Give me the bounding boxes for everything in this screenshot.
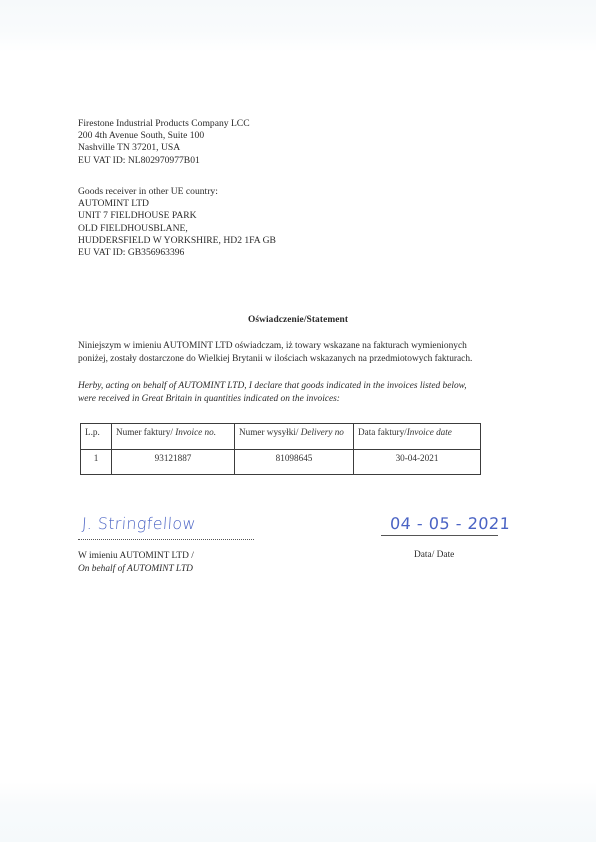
signature-caption-en: On behalf of AUTOMINT LTD <box>78 563 194 576</box>
handwritten-date: 04 - 05 - 2021 <box>390 514 511 533</box>
statement-english-line: were received in Great Britain in quanti… <box>78 393 528 406</box>
header-delivery-no-en: Delivery no <box>301 427 344 437</box>
date-caption: Data/ Date <box>414 550 454 560</box>
header-delivery-no-pl: Numer wysyłki/ <box>239 427 301 437</box>
header-lp-label: L.p. <box>85 427 100 437</box>
receiver-unit: UNIT 7 FIELDHOUSE PARK <box>78 210 276 222</box>
statement-polish-line: Niniejszym w imieniu AUTOMINT LTD oświad… <box>78 340 528 353</box>
signature-caption: W imieniu AUTOMINT LTD / On behalf of AU… <box>78 550 194 576</box>
sender-city: Nashville TN 37201, USA <box>78 142 250 154</box>
header-invoice-no: Numer faktury/ Invoice no. <box>112 424 235 450</box>
header-invoice-no-pl: Numer faktury/ <box>116 427 175 437</box>
header-invoice-date-pl: Data faktury/ <box>358 427 407 437</box>
receiver-city: HUDDERSFIELD W YORKSHIRE, HD2 1FA GB <box>78 235 276 247</box>
statement-english: Herby, acting on behalf of AUTOMINT LTD,… <box>78 380 528 406</box>
header-invoice-no-en: Invoice no. <box>175 427 216 437</box>
scan-artifact-bottom <box>0 782 596 842</box>
table-header-row: L.p. Numer faktury/ Invoice no. Numer wy… <box>81 424 481 450</box>
cell-delivery-no: 81098645 <box>235 450 354 475</box>
scan-artifact-top <box>0 0 596 52</box>
statement-english-line: Herby, acting on behalf of AUTOMINT LTD,… <box>78 380 528 393</box>
statement-polish: Niniejszym w imieniu AUTOMINT LTD oświad… <box>78 340 528 366</box>
date-line <box>381 535 498 536</box>
cell-lp: 1 <box>81 450 112 475</box>
table-row: 1 93121887 81098645 30-04-2021 <box>81 450 481 475</box>
cell-invoice-date: 30-04-2021 <box>354 450 481 475</box>
header-lp: L.p. <box>81 424 112 450</box>
signature-line <box>78 539 254 540</box>
sender-vat: EU VAT ID: NL802970977B01 <box>78 155 250 167</box>
receiver-address: Goods receiver in other UE country: AUTO… <box>78 186 276 259</box>
sender-address: Firestone Industrial Products Company LC… <box>78 118 250 167</box>
header-delivery-no: Numer wysyłki/ Delivery no <box>235 424 354 450</box>
handwritten-signature: J. Stringfellow <box>81 514 196 533</box>
receiver-heading: Goods receiver in other UE country: <box>78 186 276 198</box>
sender-street: 200 4th Avenue South, Suite 100 <box>78 130 250 142</box>
document-title: Oświadczenie/Statement <box>0 315 596 325</box>
signature-caption-pl: W imieniu AUTOMINT LTD / <box>78 550 194 563</box>
header-invoice-date: Data faktury/Invoice date <box>354 424 481 450</box>
receiver-vat: EU VAT ID: GB356963396 <box>78 247 276 259</box>
receiver-company: AUTOMINT LTD <box>78 198 276 210</box>
invoice-table: L.p. Numer faktury/ Invoice no. Numer wy… <box>80 423 481 475</box>
sender-company: Firestone Industrial Products Company LC… <box>78 118 250 130</box>
cell-invoice-no: 93121887 <box>112 450 235 475</box>
receiver-street: OLD FIELDHOUSBLANE, <box>78 223 276 235</box>
header-invoice-date-en: Invoice date <box>407 427 452 437</box>
statement-polish-line: poniżej, zostały dostarczone do Wielkiej… <box>78 353 528 366</box>
